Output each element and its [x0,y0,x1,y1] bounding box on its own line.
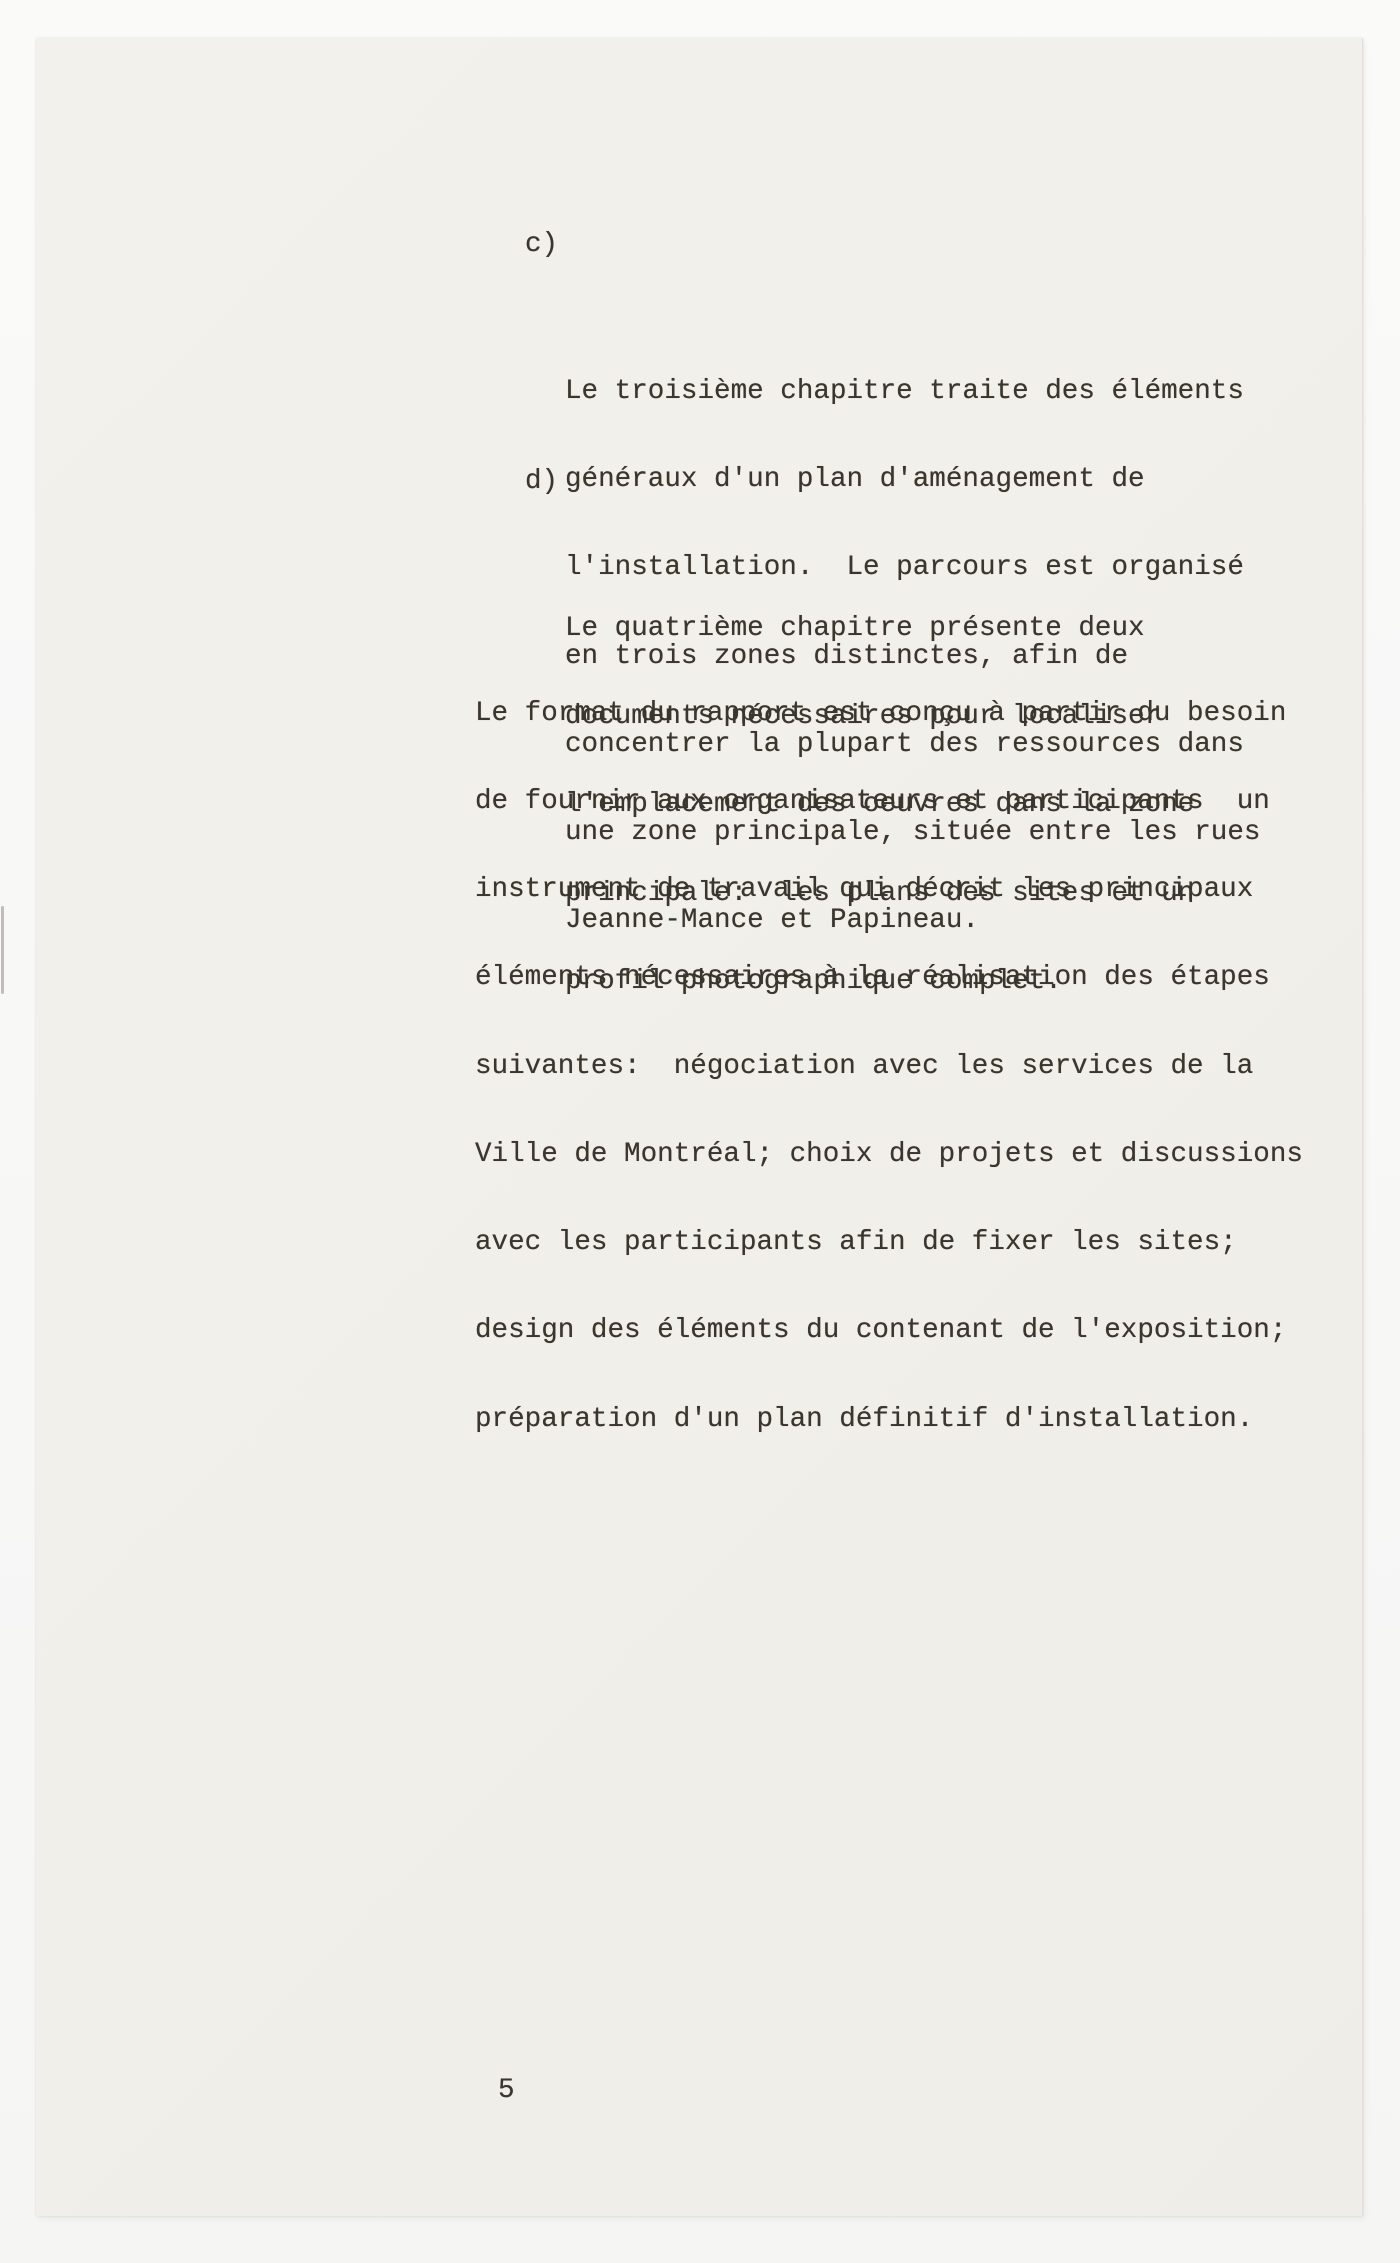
text-line: Ville de Montréal; choix de projets et d… [475,1140,1303,1169]
list-label-c: c) [525,230,558,259]
text-line: suivantes: négociation avec les services… [475,1052,1303,1081]
text-line: avec les participants afin de fixer les … [475,1228,1303,1257]
body-paragraph: Le format du rapport est conçu à partir … [475,640,1303,1493]
text-line: préparation d'un plan définitif d'instal… [475,1405,1303,1434]
text-line: éléments nécessaires à la réalisation de… [475,963,1303,992]
scan-canvas: c) Le troisième chapitre traite des élém… [0,0,1400,2263]
scan-artifact-line [1,906,4,994]
text-line: Le format du rapport est conçu à partir … [475,699,1303,728]
text-line: design des éléments du contenant de l'ex… [475,1316,1303,1345]
page-number: 5 [498,2076,515,2105]
text-line: instrument de travail qui décrit les pri… [475,875,1303,904]
list-label-d: d) [525,467,558,496]
text-line: de fournir aux organisateurs et particip… [475,787,1303,816]
text-line: Le troisième chapitre traite des élément… [565,377,1260,406]
